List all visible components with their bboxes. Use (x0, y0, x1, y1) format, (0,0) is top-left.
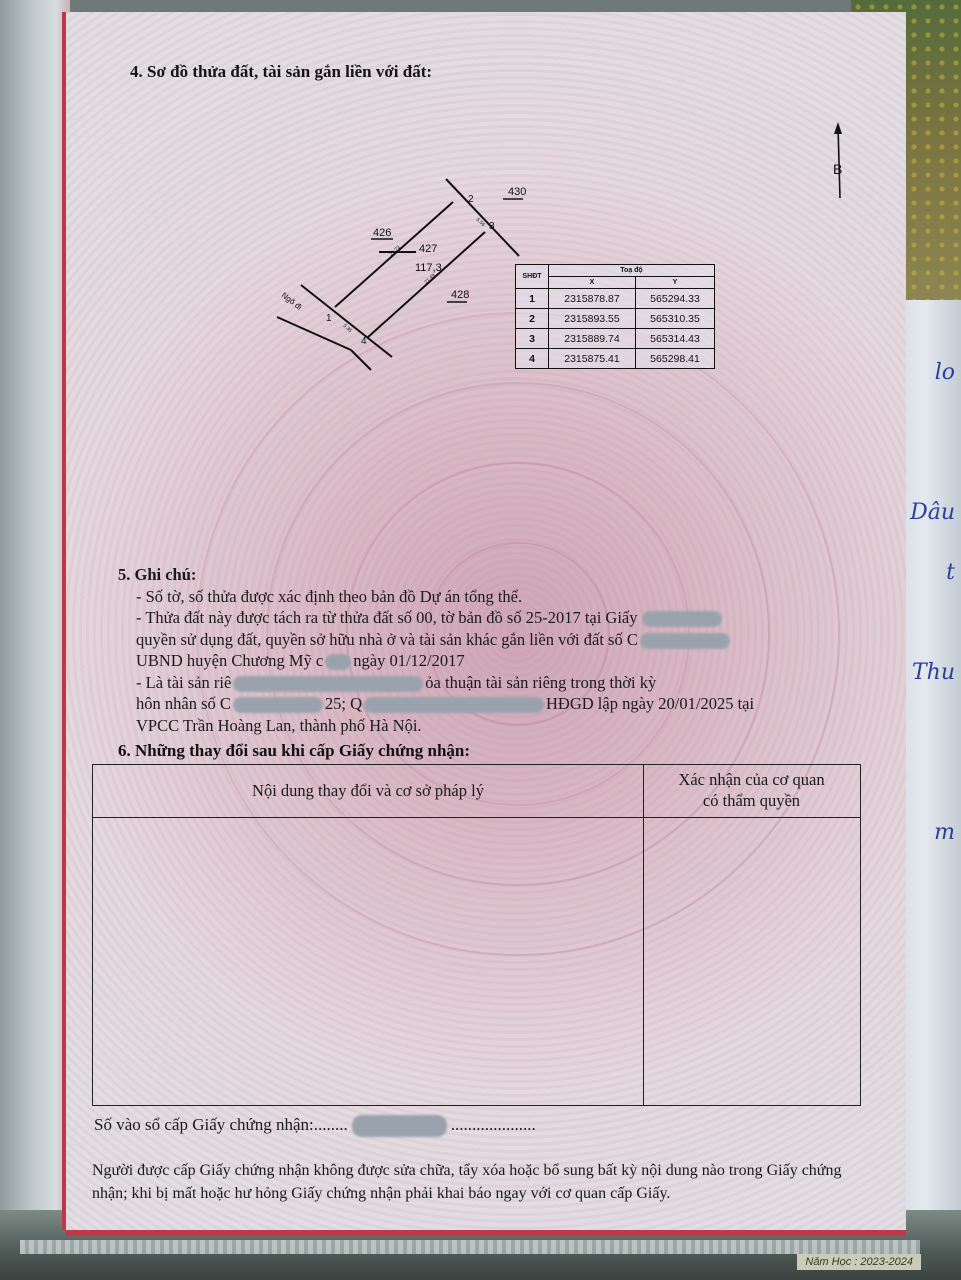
svg-text:Ngõ đi: Ngõ đi (280, 290, 304, 311)
handwriting-text: Thu (912, 660, 955, 685)
table-row: 1 2315878.87 565294.33 (516, 289, 715, 309)
school-year-label: Năm Học : 2023-2024 (797, 1254, 921, 1270)
coord-header-y: Y (636, 277, 715, 289)
svg-text:21.49: 21.49 (423, 273, 436, 286)
redacted-region (640, 633, 730, 649)
coordinate-table: SHĐT Toạ độ X Y 1 2315878.87 565294.33 2… (515, 264, 715, 369)
note-line: VPCC Trần Hoàng Lan, thành phố Hà Nội. (118, 715, 878, 737)
land-certificate-page: 4. Sơ đồ thửa đất, tài sản gắn liền với … (66, 12, 906, 1230)
changes-table: Nội dung thay đổi và cơ sở pháp lý Xác n… (92, 764, 861, 1106)
svg-text:2: 2 (468, 194, 474, 205)
redacted-region (233, 697, 323, 713)
handwriting-text: Dâu (910, 500, 955, 525)
handwriting-text: lo (935, 360, 955, 385)
note-line: - Là tài sản riêỏa thuận tài sản riêng t… (118, 672, 878, 694)
handwriting-text: m (934, 820, 955, 845)
note-line: - Số tờ, số thửa được xác định theo bản … (118, 586, 878, 608)
coord-header-group: Toạ độ (549, 265, 715, 277)
redacted-region (233, 676, 423, 692)
table-row: 3 2315889.74 565314.43 (516, 329, 715, 349)
changes-header-content: Nội dung thay đổi và cơ sở pháp lý (93, 781, 643, 801)
svg-text:428: 428 (451, 289, 469, 301)
note-line: UBND huyện Chương Mỹ cngày 01/12/2017 (118, 650, 878, 672)
note-line: hôn nhân số C25; QHĐGD lập ngày 20/01/20… (118, 693, 878, 715)
svg-text:117,3: 117,3 (415, 262, 442, 274)
certificate-notice: Người được cấp Giấy chứng nhận không đượ… (92, 1159, 872, 1205)
svg-text:21.73: 21.73 (388, 245, 401, 258)
coord-header-id: SHĐT (516, 265, 549, 289)
sleeve-zip-edge (20, 1240, 920, 1254)
background-plastic-sleeve (0, 0, 70, 1280)
section-5-notes: 5. Ghi chú: - Số tờ, số thửa được xác đị… (118, 564, 878, 736)
handwriting-text: t (946, 560, 955, 585)
svg-text:3: 3 (489, 221, 495, 232)
svg-text:4: 4 (361, 336, 367, 347)
section-4-heading: 4. Sơ đồ thửa đất, tài sản gắn liền với … (130, 62, 432, 82)
svg-text:1: 1 (326, 313, 332, 324)
section-5-heading: 5. Ghi chú: (118, 564, 878, 586)
registry-number-line: Số vào sổ cấp Giấy chứng nhận:..........… (94, 1115, 536, 1137)
note-line: quyền sử dụng đất, quyền sở hữu nhà ở và… (118, 629, 878, 651)
svg-text:B: B (833, 161, 842, 177)
redacted-region (325, 654, 351, 670)
column-divider (643, 765, 644, 1105)
svg-text:430: 430 (508, 186, 526, 198)
north-arrow-icon: B (828, 122, 848, 202)
svg-text:427: 427 (419, 243, 437, 255)
redacted-region (364, 697, 544, 713)
redacted-region (642, 611, 722, 627)
header-divider (93, 817, 860, 818)
svg-text:426: 426 (373, 227, 391, 239)
note-line: - Thửa đất này được tách ra từ thửa đất … (118, 607, 878, 629)
redacted-region (352, 1115, 447, 1137)
table-row: 2 2315893.55 565310.35 (516, 309, 715, 329)
changes-header-authority: Xác nhận của cơ quan có thẩm quyền (643, 769, 860, 811)
table-row: 4 2315875.41 565298.41 (516, 349, 715, 369)
coord-header-x: X (549, 277, 636, 289)
section-6-heading: 6. Những thay đổi sau khi cấp Giấy chứng… (118, 741, 470, 761)
